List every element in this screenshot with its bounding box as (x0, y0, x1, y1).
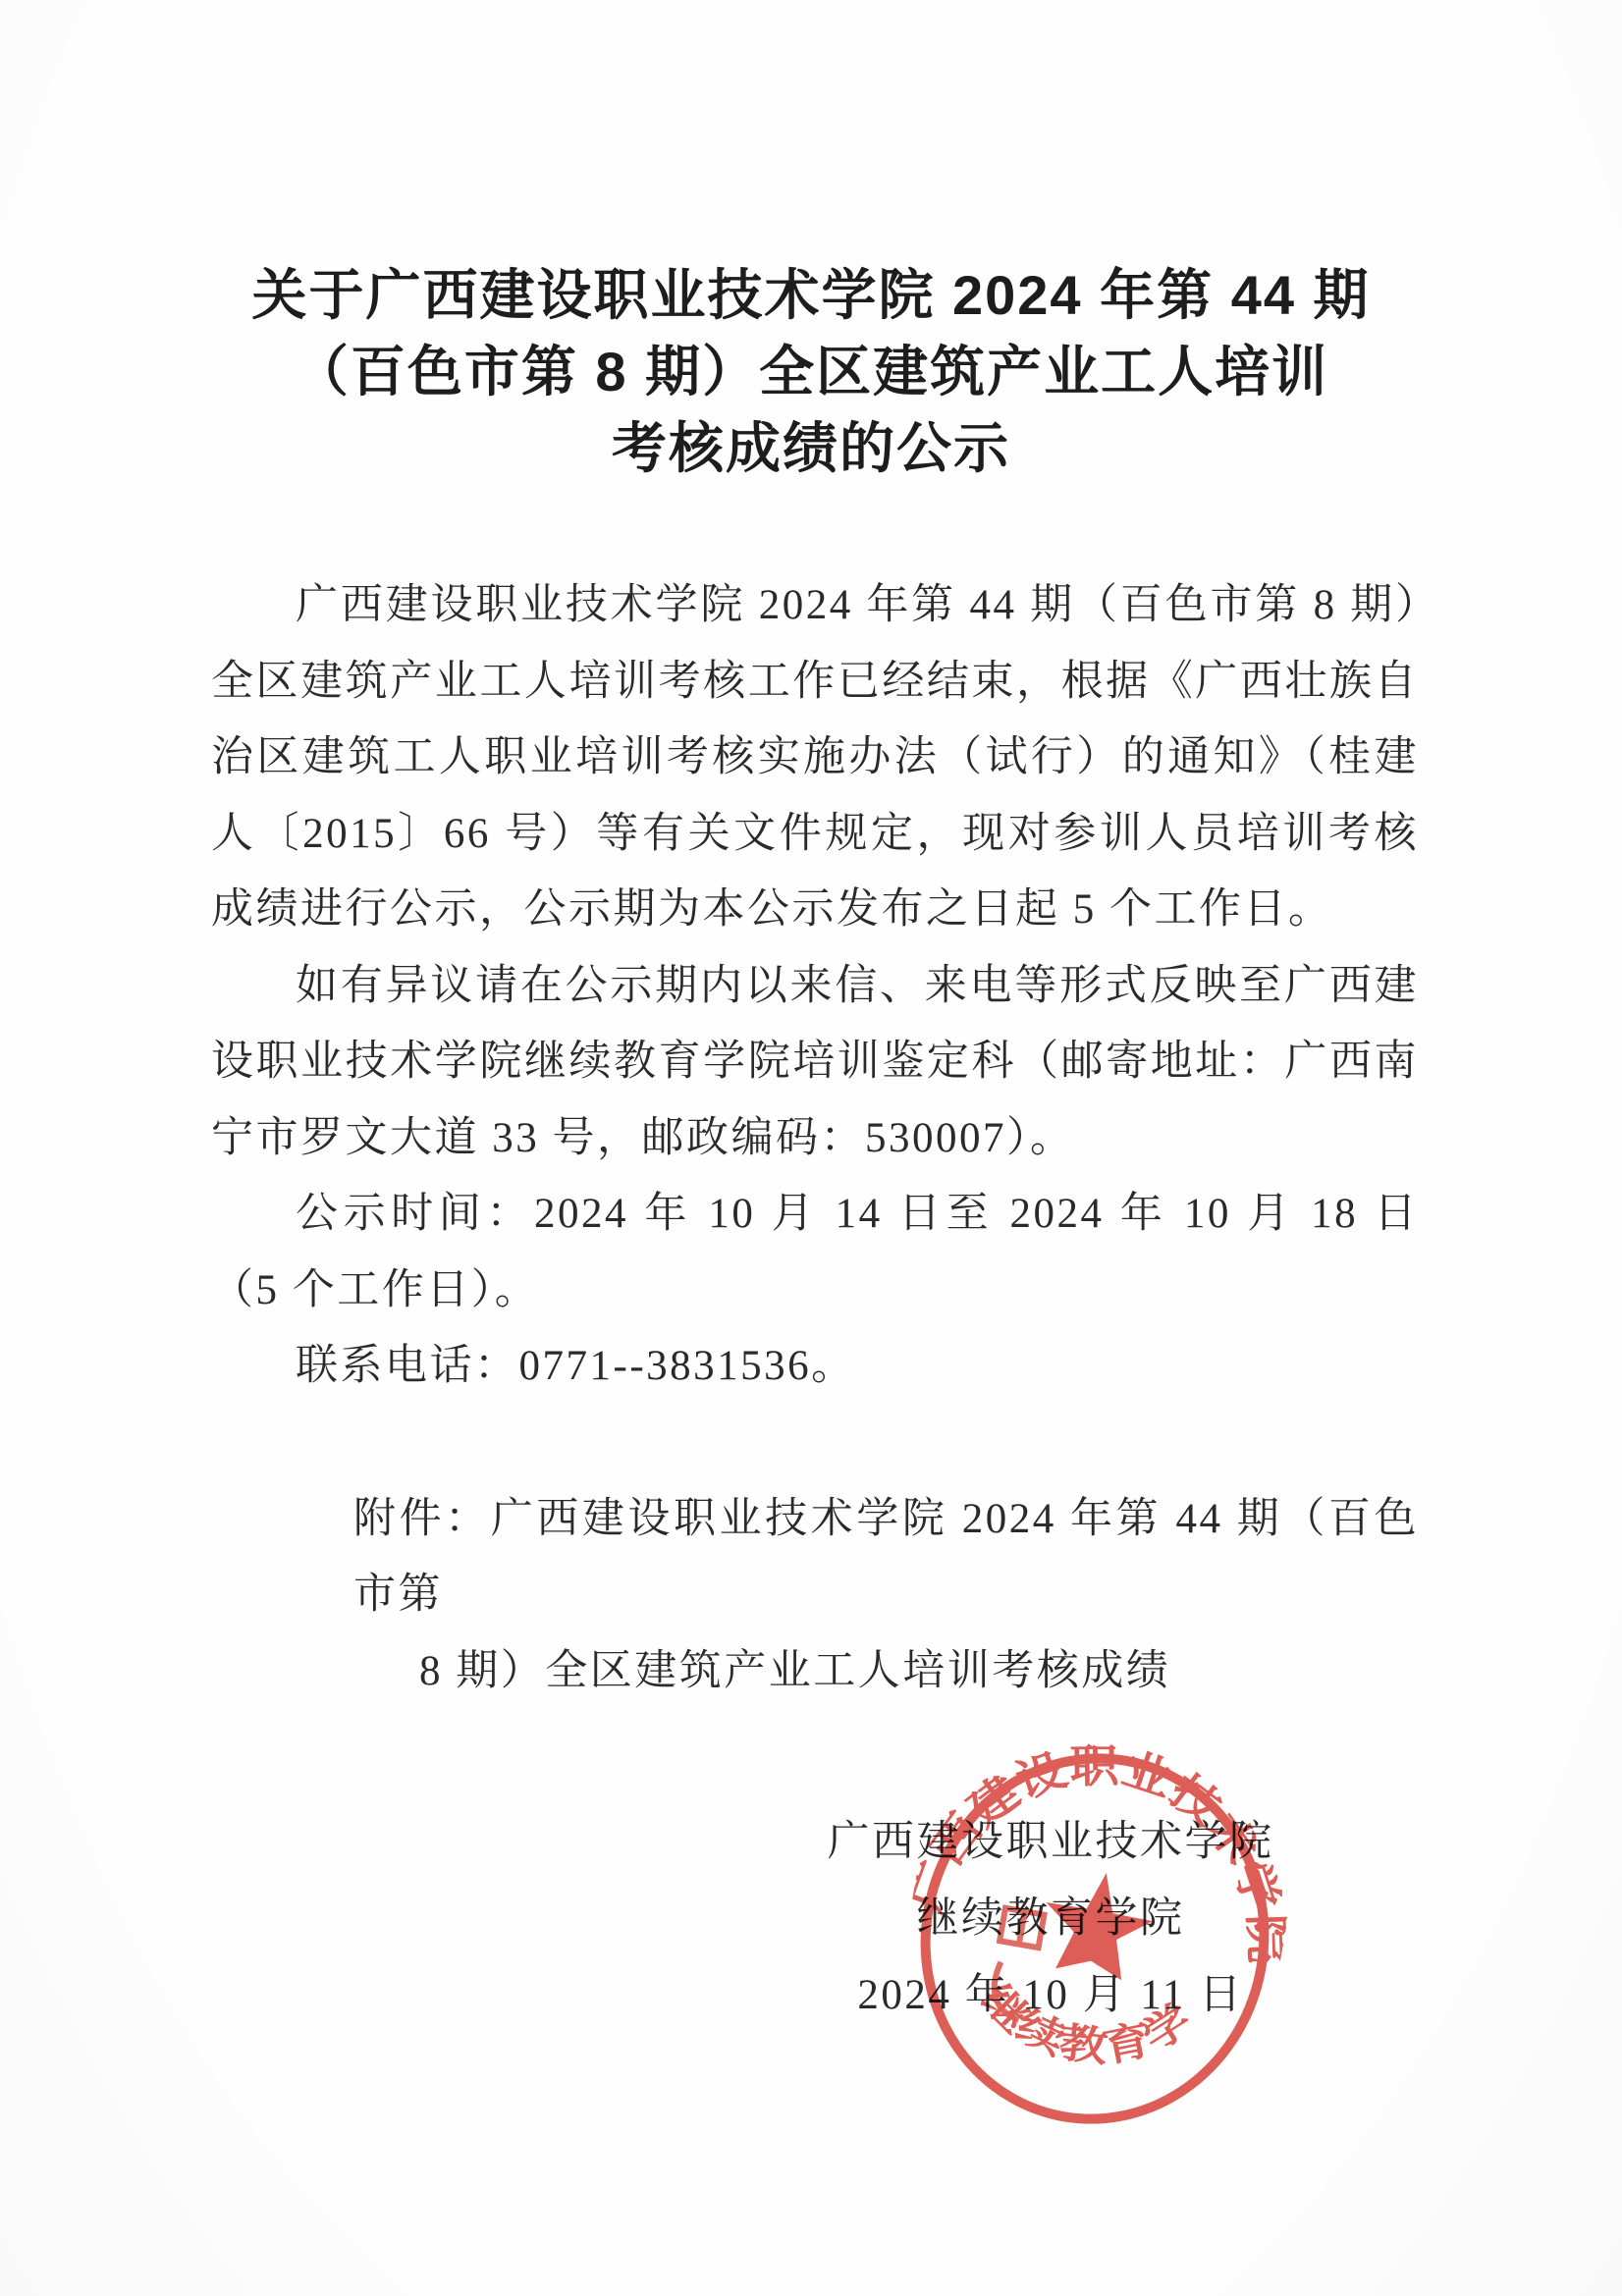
title-line-1: 关于广西建设职业技术学院 2024 年第 44 期 (0, 257, 1622, 334)
body-paragraph-3: 公示时间：2024 年 10 月 14 日至 2024 年 10 月 18 日（… (211, 1176, 1419, 1328)
document-page: 关于广西建设职业技术学院 2024 年第 44 期 （百色市第 8 期）全区建筑… (0, 0, 1622, 2296)
document-body: 广西建设职业技术学院 2024 年第 44 期（百色市第 8 期）全区建筑产业工… (211, 567, 1419, 1709)
title-line-2: （百色市第 8 期）全区建筑产业工人培训 (0, 334, 1622, 410)
title-line-3: 考核成绩的公示 (0, 410, 1622, 487)
signature-date: 2024 年 10 月 11 日 (793, 1957, 1308, 2034)
body-paragraph-4: 联系电话：0771--3831536。 (211, 1328, 1419, 1405)
signature-org-line-1: 广西建设职业技术学院 (793, 1804, 1308, 1881)
attachment-line-2: 8 期）全区建筑产业工人培训考核成绩 (211, 1633, 1419, 1710)
document-title: 关于广西建设职业技术学院 2024 年第 44 期 （百色市第 8 期）全区建筑… (0, 257, 1622, 487)
attachment-note: 附件：广西建设职业技术学院 2024 年第 44 期（百色市第 8 期）全区建筑… (211, 1481, 1419, 1710)
signature-org-line-2: 继续教育学院 (793, 1881, 1308, 1957)
attachment-line-1: 附件：广西建设职业技术学院 2024 年第 44 期（百色市第 (211, 1481, 1419, 1633)
body-paragraph-1: 广西建设职业技术学院 2024 年第 44 期（百色市第 8 期）全区建筑产业工… (211, 567, 1419, 948)
signature-block: 广西建设职业技术学院 继续教育学院 2024 年 10 月 11 日 (793, 1804, 1308, 2034)
body-paragraph-2: 如有异议请在公示期内以来信、来电等形式反映至广西建设职业技术学院继续教育学院培训… (211, 948, 1419, 1177)
